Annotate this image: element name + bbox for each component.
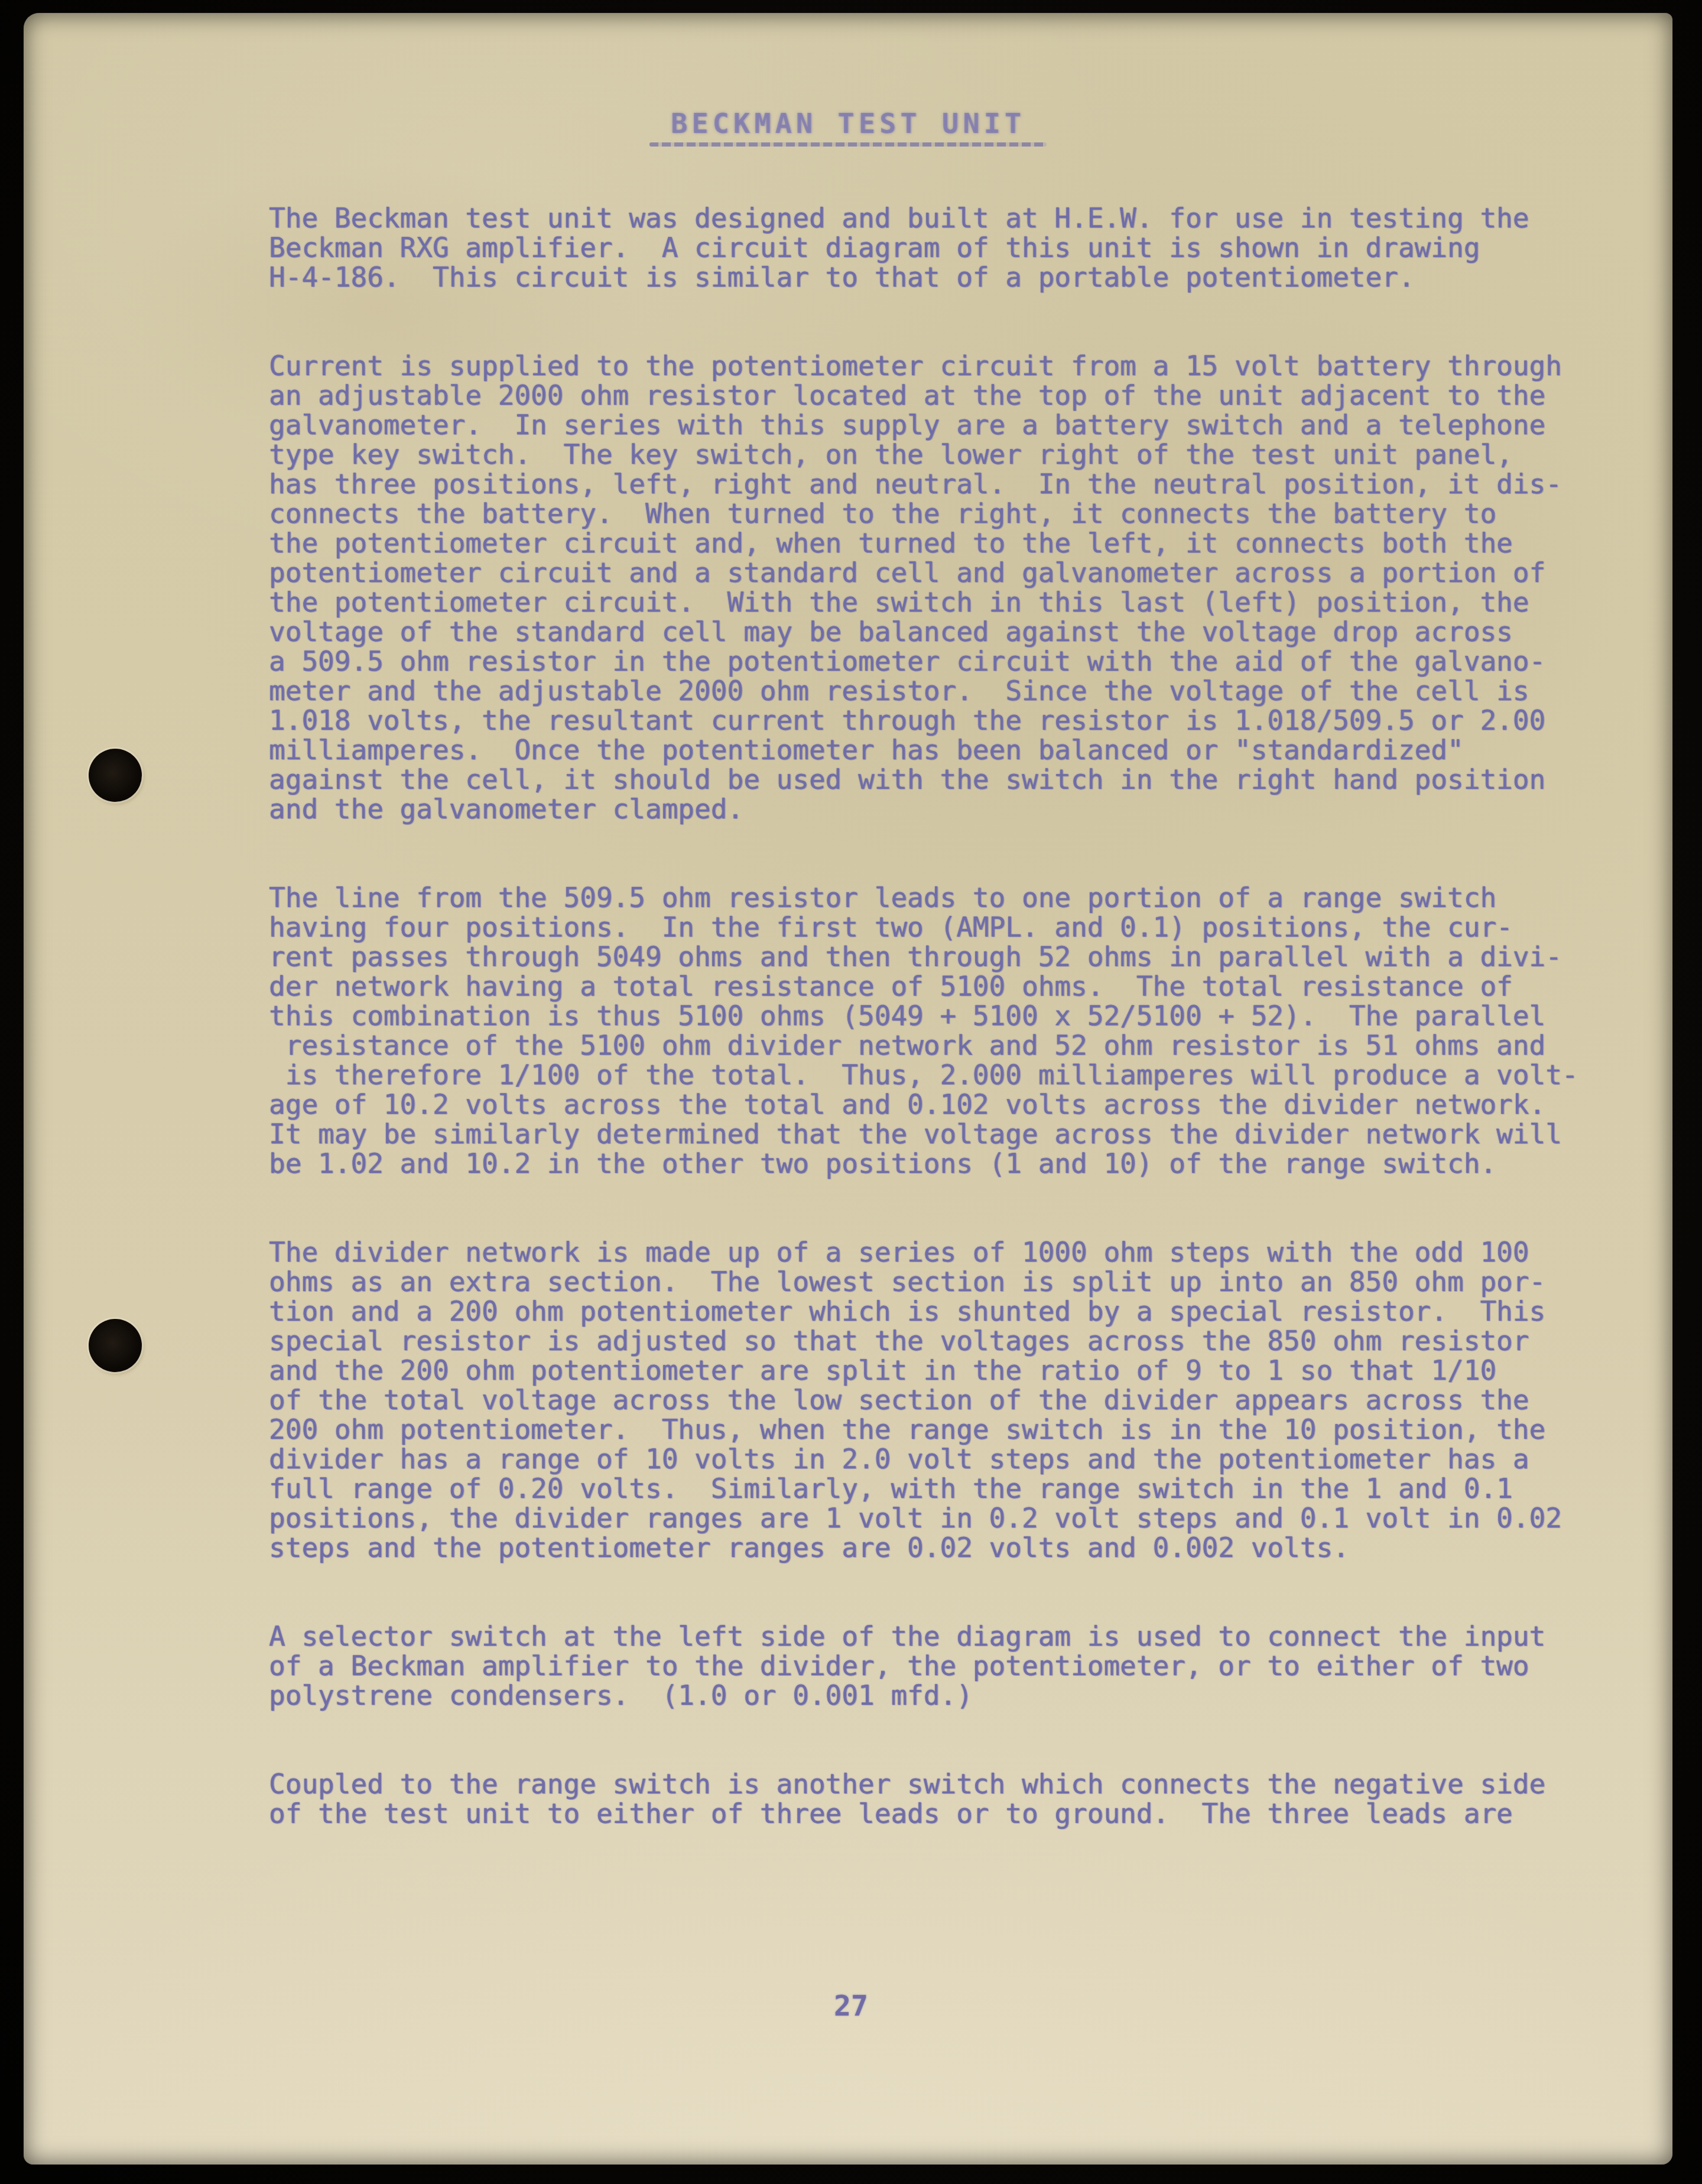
paragraph-2: Current is supplied to the potentiometer… (269, 351, 1604, 824)
paragraph-5: A selector switch at the left side of th… (269, 1621, 1604, 1710)
page-number: 27 (816, 1990, 886, 2023)
punch-hole-bottom (89, 1319, 142, 1372)
document-page: BECKMAN TEST UNIT The Beckman test unit … (24, 13, 1672, 2164)
paragraph-4: The divider network is made up of a seri… (269, 1237, 1604, 1562)
document-body: The Beckman test unit was designed and b… (269, 203, 1604, 1887)
page-header: BECKMAN TEST UNIT (671, 108, 1025, 147)
title-underline (649, 142, 1047, 147)
paragraph-6: Coupled to the range switch is another s… (269, 1769, 1604, 1828)
scan-background: BECKMAN TEST UNIT The Beckman test unit … (0, 0, 1702, 2184)
punch-hole-top (89, 749, 142, 802)
paragraph-1: The Beckman test unit was designed and b… (269, 203, 1604, 292)
paragraph-3: The line from the 509.5 ohm resistor lea… (269, 883, 1604, 1178)
page-title: BECKMAN TEST UNIT (671, 108, 1025, 140)
